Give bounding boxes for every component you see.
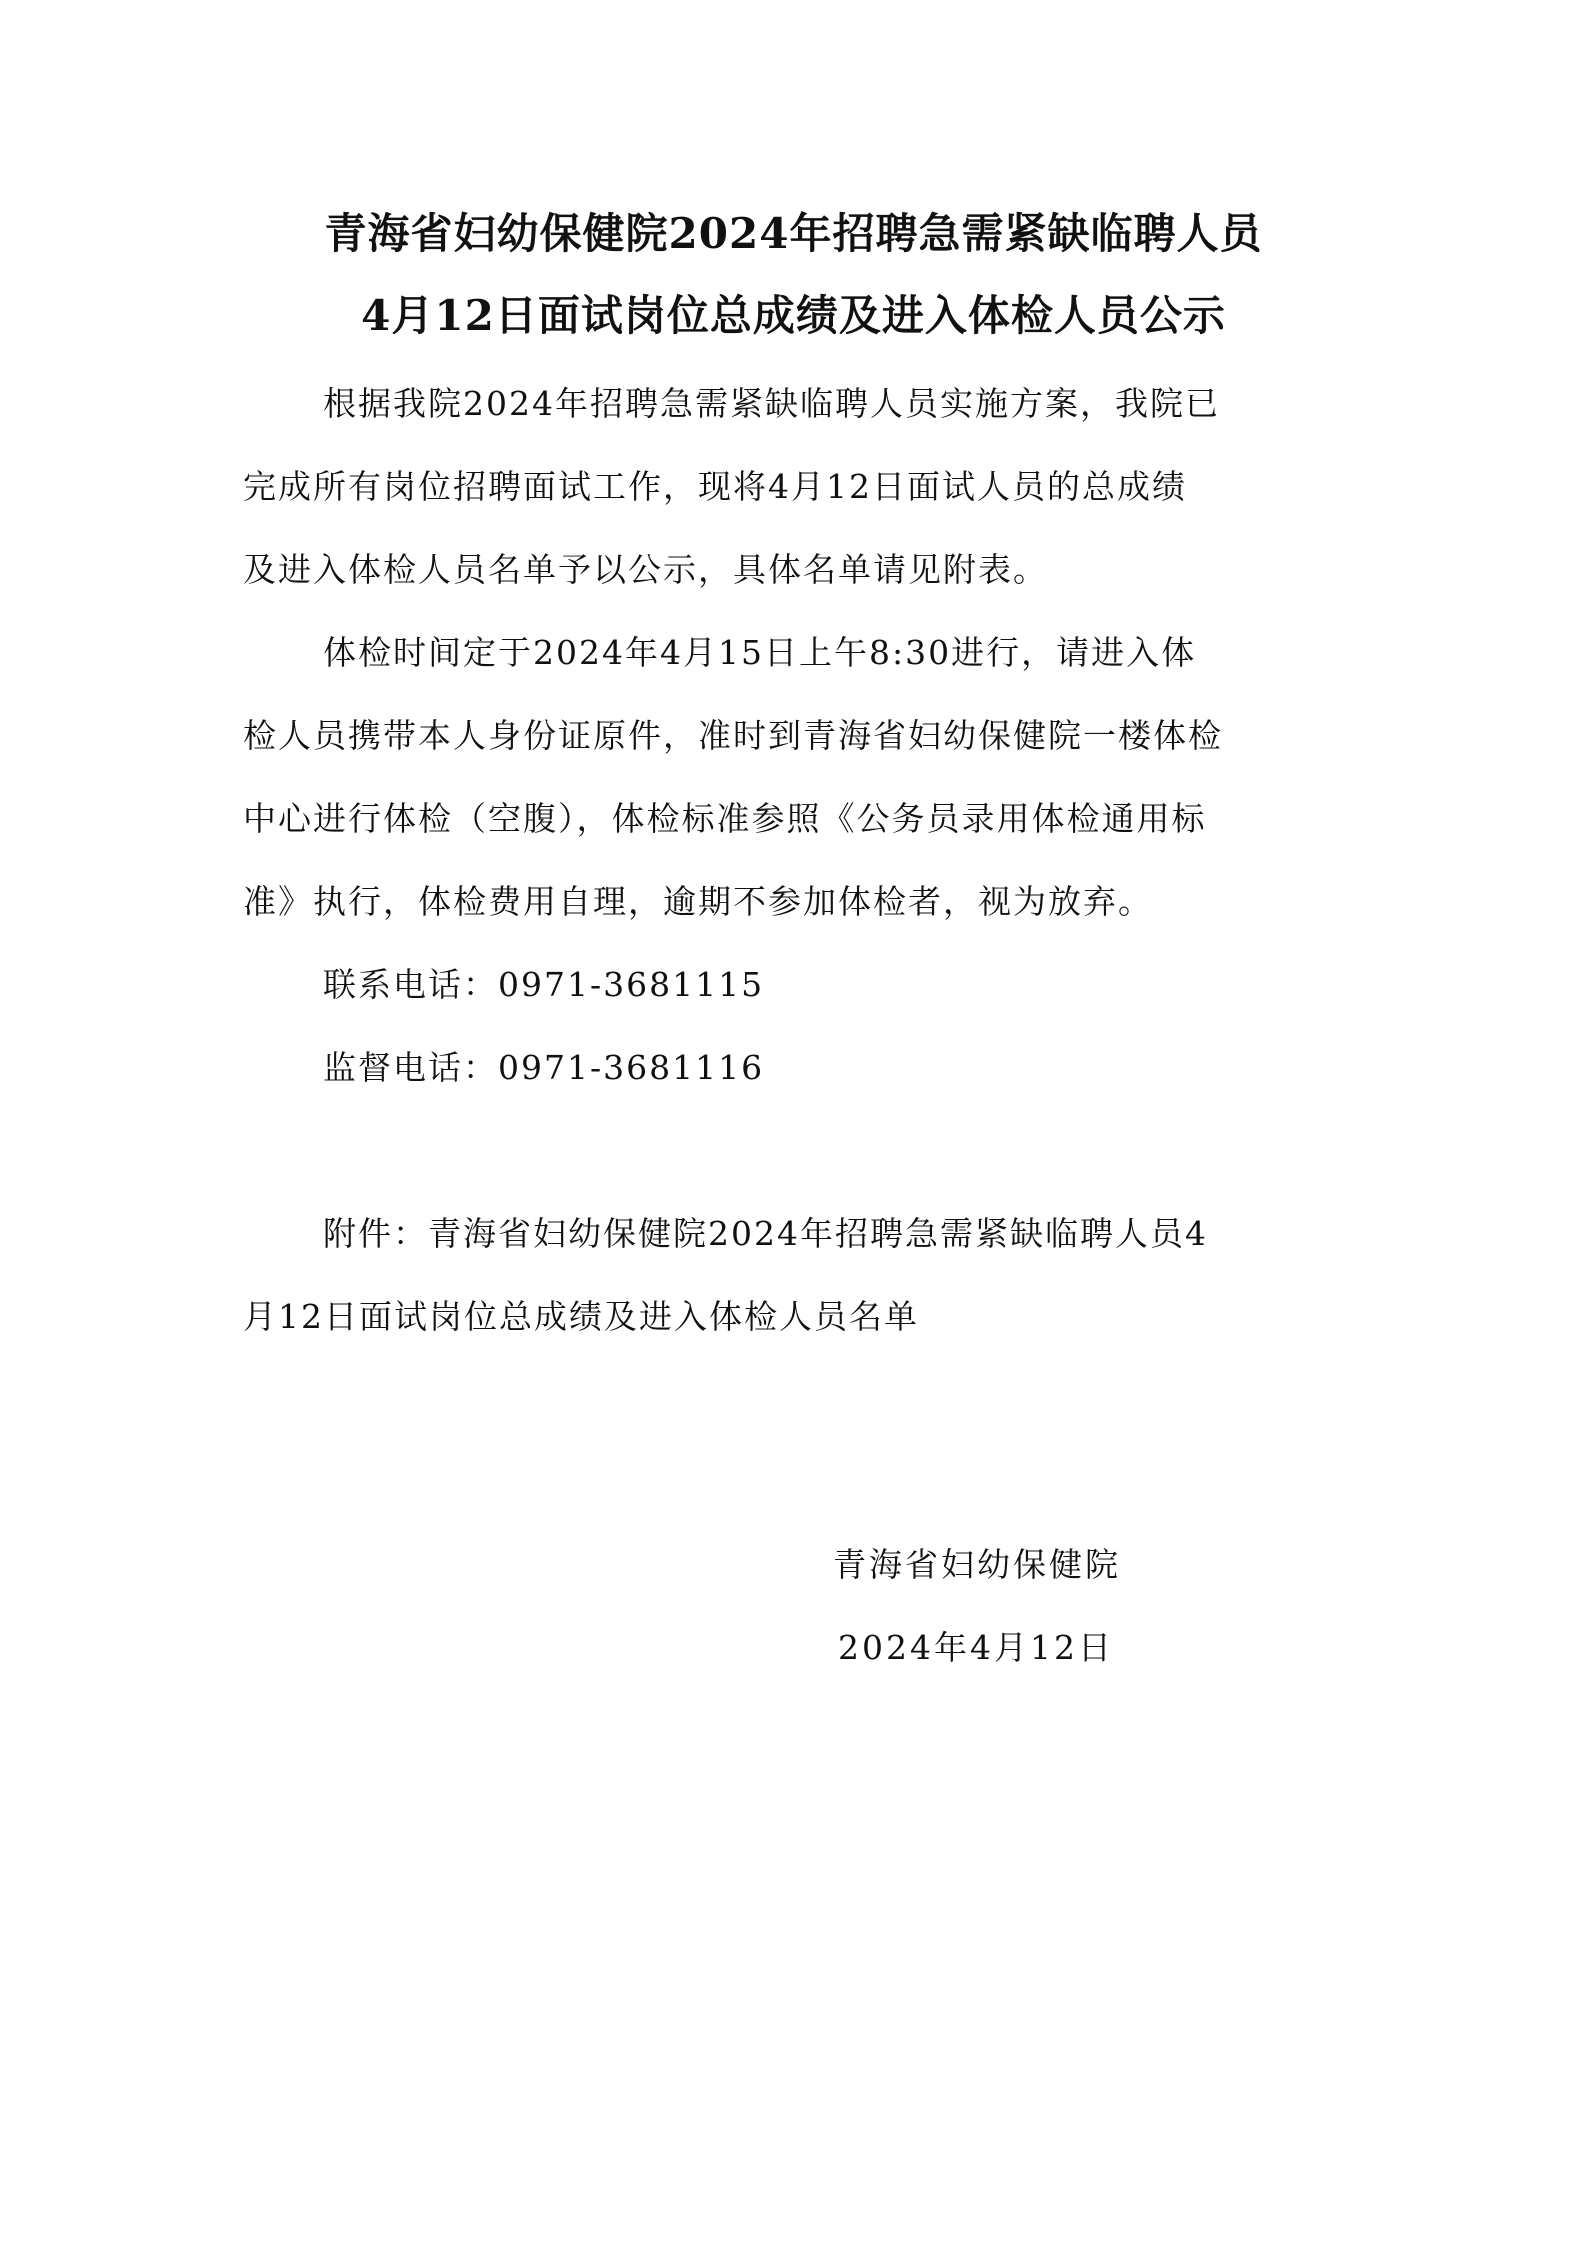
signature-date: 2024年4月12日 bbox=[838, 1631, 1114, 1664]
paragraph-1-line-3: 及进入体检人员名单予以公示，具体名单请见附表。 bbox=[243, 553, 1048, 586]
document-page: 青海省妇幼保健院2024年招聘急需紧缺临聘人员 4月12日面试岗位总成绩及进入体… bbox=[0, 0, 1587, 2245]
document-title-line-2: 4月12日面试岗位总成绩及进入体检人员公示 bbox=[0, 295, 1587, 337]
document-title-line-1: 青海省妇幼保健院2024年招聘急需紧缺临聘人员 bbox=[0, 213, 1587, 255]
paragraph-2-line-3: 中心进行体检（空腹），体检标准参照《公务员录用体检通用标 bbox=[243, 802, 1207, 835]
attachment-line-2: 月12日面试岗位总成绩及进入体检人员名单 bbox=[243, 1300, 919, 1333]
signature-organization: 青海省妇幼保健院 bbox=[833, 1548, 1121, 1581]
contact-phone: 联系电话：0971-3681115 bbox=[323, 968, 764, 1001]
paragraph-1-line-1: 根据我院2024年招聘急需紧缺临聘人员实施方案，我院已 bbox=[323, 387, 1220, 420]
paragraph-2-line-1: 体检时间定于2024年4月15日上午8:30进行，请进入体 bbox=[323, 636, 1196, 669]
paragraph-2-line-2: 检人员携带本人身份证原件，准时到青海省妇幼保健院一楼体检 bbox=[243, 719, 1223, 752]
attachment-line-1: 附件：青海省妇幼保健院2024年招聘急需紧缺临聘人员4 bbox=[323, 1217, 1208, 1250]
supervision-phone: 监督电话：0971-3681116 bbox=[323, 1051, 764, 1084]
paragraph-2-line-4: 准》执行，体检费用自理，逾期不参加体检者，视为放弃。 bbox=[243, 885, 1153, 918]
paragraph-1-line-2: 完成所有岗位招聘面试工作，现将4月12日面试人员的总成绩 bbox=[243, 470, 1187, 503]
